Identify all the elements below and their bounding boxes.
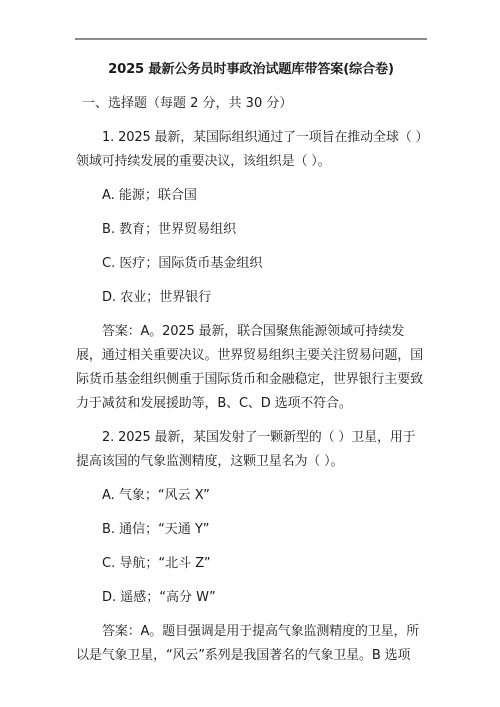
option-a: A. 气象；“风云 X” [102,484,426,508]
option-b: B. 通信；“天通 Y” [102,518,426,542]
document-body: 2025 最新公务员时事政治试题库带答案(综合卷) 一、选择题（每题 2 分，共… [76,58,426,678]
question-2: 2. 2025 最新，某国发射了一颗新型的（ ）卫星，用于提高该国的气象监测精度… [76,426,426,668]
option-a: A. 能源；联合国 [102,184,426,208]
option-c: C. 导航；“北斗 Z” [102,552,426,576]
header-rule [75,38,427,40]
option-d: D. 遥感；“高分 W” [102,586,426,610]
section-heading: 一、选择题（每题 2 分，共 30 分） [82,92,426,116]
option-d: D. 农业；世界银行 [102,286,426,310]
document-page: 2025 最新公务员时事政治试题库带答案(综合卷) 一、选择题（每题 2 分，共… [0,0,500,707]
question-stem: 1. 2025 最新，某国际组织通过了一项旨在推动全球（ ）领域可持续发展的重要… [76,126,426,174]
question-stem: 2. 2025 最新，某国发射了一颗新型的（ ）卫星，用于提高该国的气象监测精度… [76,426,426,474]
option-c: C. 医疗；国际货币基金组织 [102,252,426,276]
document-title: 2025 最新公务员时事政治试题库带答案(综合卷) [76,58,426,82]
answer-explanation: 答案：A。题目强调是用于提高气象监测精度的卫星，所以是气象卫星，“风云”系列是我… [76,620,426,668]
question-1: 1. 2025 最新，某国际组织通过了一项旨在推动全球（ ）领域可持续发展的重要… [76,126,426,416]
option-b: B. 教育；世界贸易组织 [102,218,426,242]
answer-explanation: 答案：A。2025 最新，联合国聚焦能源领域可持续发展，通过相关重要决议。世界贸… [76,320,426,416]
